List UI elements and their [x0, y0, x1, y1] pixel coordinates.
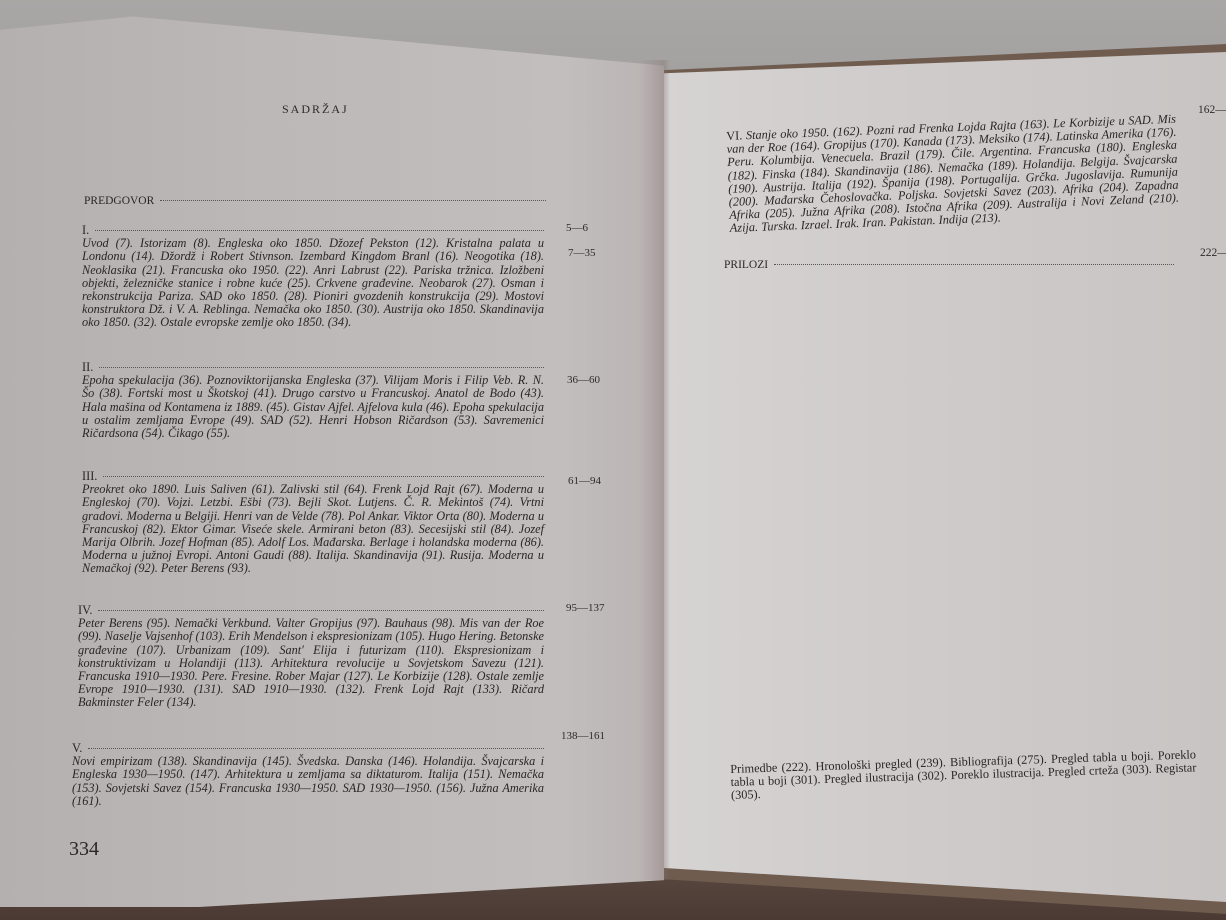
appendix-pages: 222—: [1200, 247, 1226, 259]
page-title: SADRŽAJ: [282, 102, 349, 117]
toc-chapter-4: IV. Peter Berens (95). Nemački Verkbund.…: [78, 604, 544, 710]
leader-dots: [98, 610, 544, 611]
toc-chapter-6: VI. Stanje oko 1950. (162). Pozni rad Fr…: [726, 113, 1180, 236]
chapter-pages: 138—161: [561, 730, 605, 742]
preface-pages: 5—6: [566, 222, 588, 234]
chapter-contents: Stanje oko 1950. (162). Pozni rad Frenka…: [726, 112, 1179, 236]
toc-appendix: PRILOZI: [724, 259, 1174, 272]
leader-dots: [95, 230, 544, 231]
toc-chapter-3: III. Preokret oko 1890. Luis Saliven (61…: [82, 470, 544, 576]
appendix-label: PRILOZI: [724, 259, 768, 272]
toc-chapter-2: II. Epoha spekulacija (36). Poznoviktori…: [82, 361, 544, 440]
leader-dots: [774, 264, 1174, 265]
toc-chapter-1: I. Uvod (7). Istorizam (8). Engleska oko…: [82, 224, 544, 330]
chapter-contents: Novi empirizam (138). Skandinavija (145)…: [72, 755, 544, 808]
toc-preface: PREDGOVOR: [84, 195, 546, 208]
chapter-pages: 95—137: [566, 602, 605, 614]
leader-dots: [88, 748, 544, 749]
chapter-contents: Uvod (7). Istorizam (8). Engleska oko 18…: [82, 237, 544, 329]
chapter-pages: 61—94: [568, 475, 601, 487]
chapter-pages: 36—60: [567, 374, 600, 386]
leader-dots: [99, 367, 544, 368]
chapter-contents: Peter Berens (95). Nemački Verkbund. Val…: [78, 617, 544, 709]
chapter-pages: 162—: [1198, 104, 1226, 116]
chapter-pages: 7—35: [568, 247, 596, 259]
preface-label: PREDGOVOR: [84, 195, 154, 208]
toc-chapter-5: V. Novi empirizam (138). Skandinavija (1…: [72, 742, 544, 808]
chapter-contents: Epoha spekulacija (36). Poznoviktorijans…: [82, 374, 544, 440]
chapter-contents: Preokret oko 1890. Luis Saliven (61). Za…: [82, 483, 544, 575]
leader-dots: [103, 476, 544, 477]
book-gutter: [640, 60, 670, 880]
page-number: 334: [69, 838, 99, 861]
leader-dots: [160, 200, 546, 201]
